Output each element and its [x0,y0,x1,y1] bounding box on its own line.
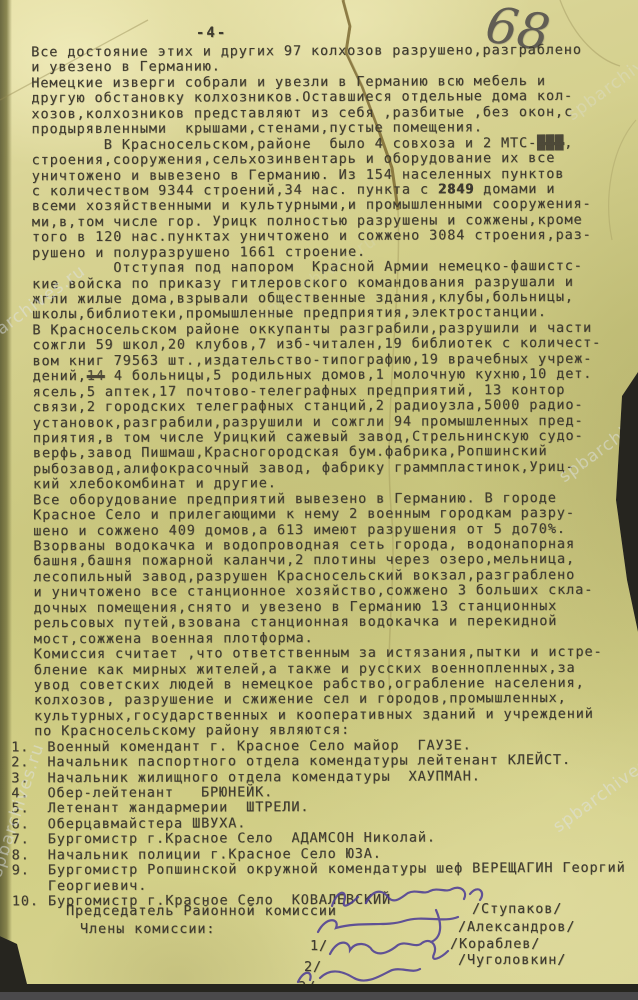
scanned-archive-page: { "document": { "page_number": "-4-", "a… [0,0,638,1000]
printed-name: /Александров/ [458,919,575,935]
printed-name: /Кораблев/ [450,936,540,952]
chairman-label: Председатель Районной комиссии [66,903,337,919]
member-number: 3/ [298,979,316,995]
signature-block: Председатель Районной комиссии /Ступаков… [0,0,638,1000]
printed-name: /Чуголовкин/ [458,952,566,968]
member-number: 2/ [304,959,322,975]
document-paper: -4- 68 Все достояние этих и других 97 ко… [0,0,638,1000]
printed-name: /Ступаков/ [472,901,562,917]
members-label: Члены комиссии: [80,921,215,937]
member-number: 1/ [310,938,328,954]
